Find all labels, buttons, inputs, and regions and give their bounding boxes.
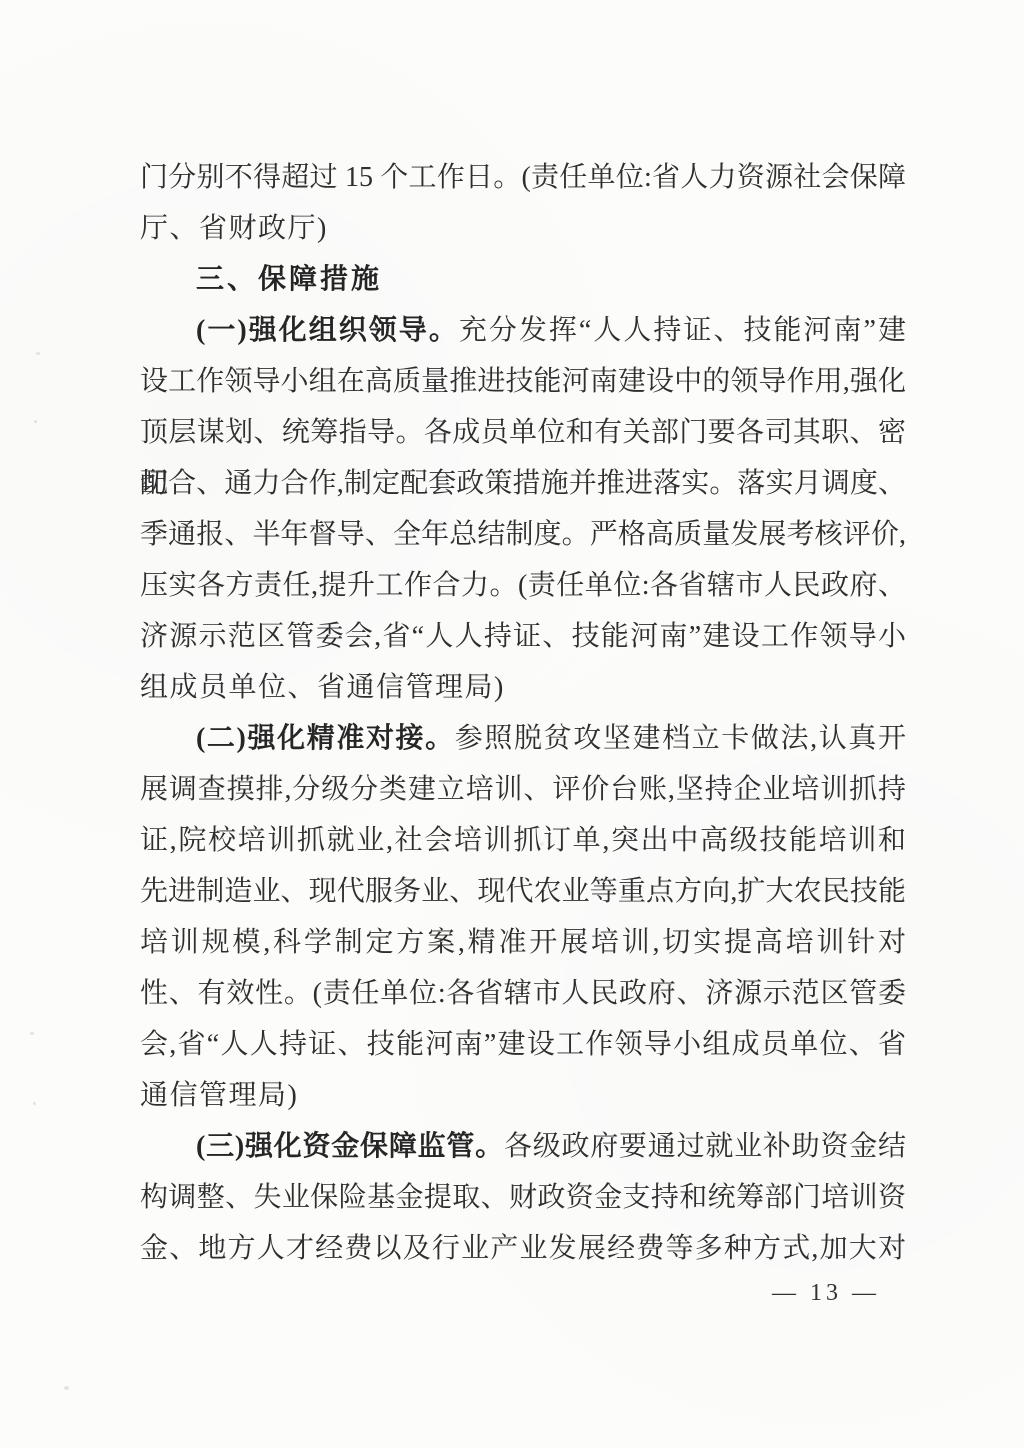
text-line: 会,省“人人持证、技能河南”建设工作领导小组成员单位、省: [140, 1019, 906, 1070]
scan-speck: [33, 1102, 36, 1105]
text-line: 济源示范区管委会,省“人人持证、技能河南”建设工作领导小: [140, 611, 906, 662]
text-line: 压实各方责任,提升工作合力。(责任单位:各省辖市人民政府、: [140, 560, 906, 611]
paragraph-lead: (二)强化精准对接。: [196, 723, 455, 754]
text-line: 展调查摸排,分级分类建立培训、评价台账,坚持企业培训抓持: [140, 764, 906, 815]
scan-speck: [30, 1032, 34, 1035]
text-line: 组成员单位、省通信管理局): [140, 662, 906, 713]
text-line: 培训规模,科学制定方案,精准开展培训,切实提高培训针对: [140, 917, 906, 968]
text-line: 顶层谋划、统筹指导。各成员单位和有关部门要各司其职、密切: [140, 407, 906, 458]
text-line: 金、地方人才经费以及行业产业发展经费等多种方式,加大对: [140, 1223, 906, 1274]
text-line: 通信管理局): [140, 1070, 906, 1121]
text-block: 门分别不得超过 15 个工作日。(责任单位:省人力资源社会保障厅、省财政厅)三、…: [140, 152, 906, 1274]
text-line: 门分别不得超过 15 个工作日。(责任单位:省人力资源社会保障: [140, 152, 906, 203]
text-line: (一)强化组织领导。充分发挥“人人持证、技能河南”建: [140, 305, 906, 356]
paragraph-lead: (三)强化资金保障监管。: [196, 1131, 504, 1162]
text-line: (二)强化精准对接。参照脱贫攻坚建档立卡做法,认真开: [140, 713, 906, 764]
paragraph-lead: (一)强化组织领导。: [196, 315, 459, 346]
page-number: — 13 —: [772, 1280, 880, 1307]
section-heading: 三、保障措施: [140, 254, 906, 305]
document-page: 门分别不得超过 15 个工作日。(责任单位:省人力资源社会保障厅、省财政厅)三、…: [0, 0, 1024, 1448]
text-line: 厅、省财政厅): [140, 203, 906, 254]
text-line: 设工作领导小组在高质量推进技能河南建设中的领导作用,强化: [140, 356, 906, 407]
scan-speck: [34, 420, 37, 423]
text-line: 季通报、半年督导、全年总结制度。严格高质量发展考核评价,: [140, 509, 906, 560]
text-line: 性、有效性。(责任单位:各省辖市人民政府、济源示范区管委: [140, 968, 906, 1019]
text-line: 构调整、失业保险基金提取、财政资金支持和统筹部门培训资: [140, 1172, 906, 1223]
text-line: (三)强化资金保障监管。各级政府要通过就业补助资金结: [140, 1121, 906, 1172]
scan-speck: [64, 1386, 69, 1390]
text-line: 先进制造业、现代服务业、现代农业等重点方向,扩大农民技能: [140, 866, 906, 917]
text-line: 配合、通力合作,制定配套政策措施并推进落实。落实月调度、: [140, 458, 906, 509]
text-line: 证,院校培训抓就业,社会培训抓订单,突出中高级技能培训和: [140, 815, 906, 866]
scan-speck: [36, 352, 40, 355]
